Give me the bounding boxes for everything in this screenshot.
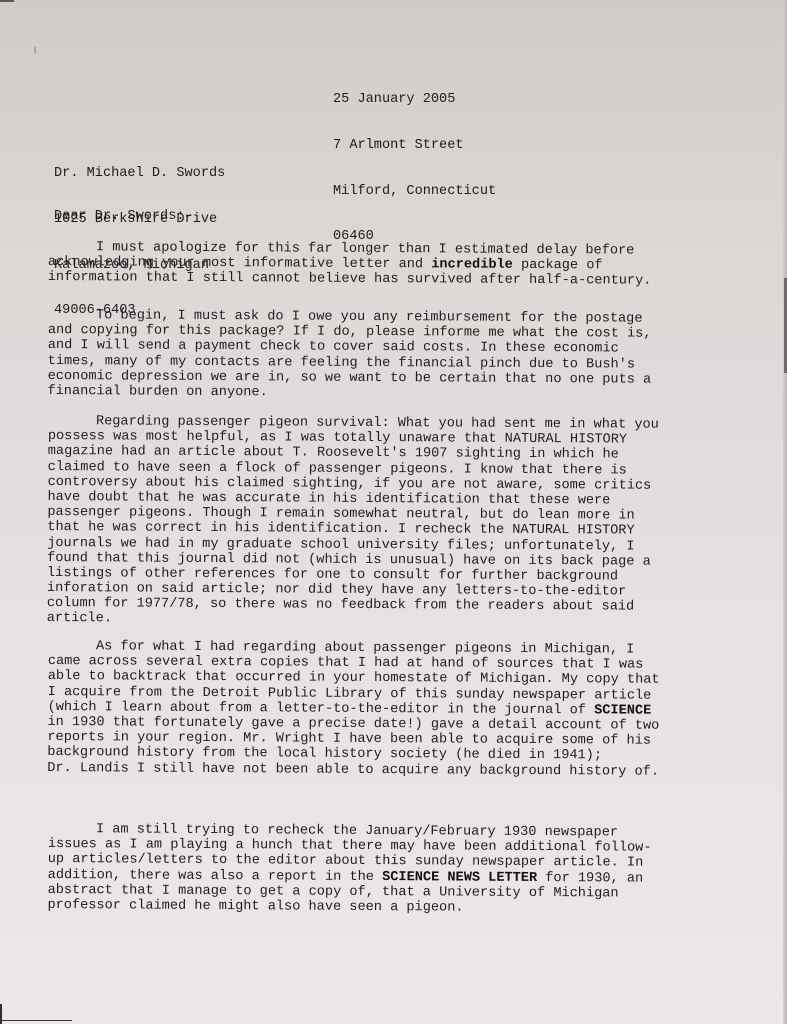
text-run: for 1930, an: [537, 871, 643, 887]
text-run: addition, there was also a report in the: [48, 868, 383, 885]
salutation: Dear Dr. Swords:-: [54, 209, 193, 224]
paragraph-line: Dr. Landis I still have not been able to…: [47, 760, 747, 779]
paper-speck: [34, 47, 36, 53]
paragraph-apology: I must apologize for this far longer tha…: [48, 240, 748, 290]
scan-edge-mark: [0, 0, 14, 2]
text-run: package of: [513, 258, 603, 274]
letter-date: 25 January 2005: [333, 92, 496, 107]
scan-corner-mark: [0, 1020, 72, 1024]
letter-page: 25 January 2005 7 Arlmont Street Milford…: [0, 0, 787, 1024]
paper-right-edge: [783, 0, 787, 1024]
emphasis-science-news-letter: SCIENCE NEWS LETTER: [382, 870, 537, 886]
sender-street: 7 Arlmont Street: [333, 138, 496, 153]
sender-city-state: Milford, Connecticut: [333, 184, 496, 199]
emphasis-incredible: incredible: [431, 258, 513, 273]
paragraph-newspaper-recheck: I am still trying to recheck the January…: [47, 822, 748, 917]
paragraph-reimbursement: To begin, I must ask do I owe you any re…: [47, 308, 748, 403]
paragraph-line: article.: [47, 611, 747, 630]
emphasis-science: SCIENCE: [594, 703, 651, 718]
paragraph-pigeon-survival: Regarding passenger pigeon survival: Wha…: [47, 414, 748, 631]
paragraph-michigan-sources: As for what I had regarding about passen…: [47, 639, 748, 780]
paragraph-line: professor claimed he might also have see…: [47, 898, 747, 917]
recipient-name: Dr. Michael D. Swords: [54, 166, 225, 181]
